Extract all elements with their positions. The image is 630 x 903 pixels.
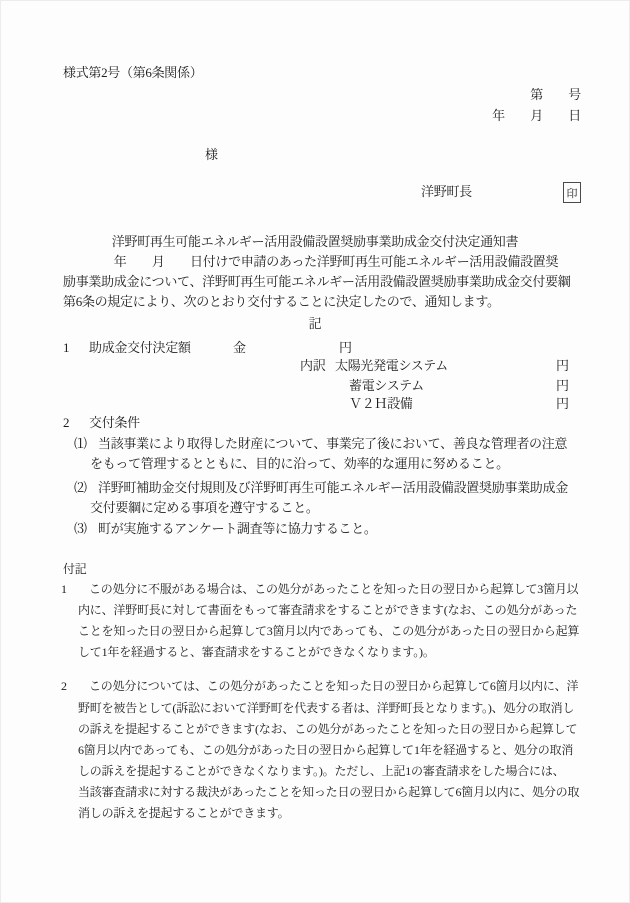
body-line: 年 月 日付けで申請のあった洋野町再生可能エネルギー活用設備設置奨: [63, 254, 558, 269]
condition-2-line: 洋野町補助金交付規則及び洋野町再生可能エネルギー活用設備設置奨励事業助成金: [98, 480, 568, 495]
appendix-1-line: 内に、洋野町長に対して書面をもって審査請求をすることができます(なお、この処分が…: [78, 603, 577, 618]
condition-3-marker: ⑶: [74, 521, 87, 536]
conditions-heading: 交付条件: [89, 415, 140, 430]
amount-unit: 円: [339, 340, 352, 355]
breakdown-label: 内訳: [300, 358, 325, 373]
seal-box: 印: [563, 182, 581, 203]
appendix-2-marker: 2: [61, 679, 67, 694]
amount-item-number: 1: [63, 340, 69, 355]
body-line: 第6条の規定により、次のとおり交付することに決定したので、通知します。: [63, 294, 500, 309]
breakdown-item-v2h: Ｖ２Ｈ設備: [349, 396, 413, 411]
breakdown-unit: 円: [556, 378, 569, 393]
seal-label: 印: [567, 185, 578, 201]
appendix-2-line: の訴えを提起することができます(なお、この処分があったことを知った日の翌日から起…: [78, 722, 577, 737]
appendix-2-line: 野町を被告として(訴訟において洋野町を代表する者は、洋野町長となります。)、処分…: [78, 701, 574, 716]
condition-2-line: 交付要綱に定める事項を遵守すること。: [90, 500, 319, 515]
condition-1-marker: ⑴: [74, 436, 87, 451]
issuer-title: 洋野町長: [421, 184, 472, 199]
appendix-1-line: して1年を経過すると、審査請求をすることができなくなります。)。: [78, 645, 435, 660]
breakdown-unit: 円: [556, 358, 569, 373]
condition-1-line: をもって管理するとともに、目的に沿って、効率的な運用に努めること。: [90, 456, 509, 471]
amount-currency-prefix: 金: [233, 340, 246, 355]
appendix-2-line: 消しの訴えを提起することができます。: [78, 806, 289, 821]
date-line: 年 月 日: [492, 108, 581, 123]
appendix-1-line: ことを知った日の翌日から起算して3箇月以内であっても、この処分があった日の翌日か…: [78, 624, 579, 639]
document-title: 洋野町再生可能エネルギー活用設備設置奨励事業助成金交付決定通知書: [1, 234, 629, 249]
doc-number: 第 号: [530, 87, 581, 102]
addressee-honorific: 様: [205, 147, 218, 162]
condition-2-marker: ⑵: [74, 480, 87, 495]
breakdown-item-solar: 太陽光発電システム: [335, 358, 448, 373]
condition-1-line: 当該事業により取得した財産について、事業完了後において、善良な管理者の注意: [98, 436, 567, 451]
appendix-1-line: この処分に不服がある場合は、この処分があったことを知った日の翌日から起算して3箇…: [89, 582, 578, 597]
ki-label: 記: [1, 316, 629, 331]
document-page: 様式第2号（第6条関係） 第 号 年 月 日 様 洋野町長 印 洋野町再生可能エ…: [0, 0, 630, 903]
amount-label: 助成金交付決定額: [89, 340, 191, 355]
form-number: 様式第2号（第6条関係）: [63, 65, 202, 80]
breakdown-unit: 円: [556, 396, 569, 411]
conditions-item-number: 2: [63, 415, 69, 430]
appendix-2-line: 当該審査請求に対する裁決があったことを知った日の翌日から起算して6箇月以内に、処…: [78, 785, 579, 800]
appendix-heading: 付記: [63, 562, 87, 577]
body-line: 励事業助成金について、洋野町再生可能エネルギー活用設備設置奨励事業助成金交付要綱: [63, 274, 570, 289]
appendix-2-line: この処分については、この処分があったことを知った日の翌日から起算して6箇月以内に…: [89, 679, 578, 694]
breakdown-item-battery: 蓄電システム: [349, 378, 424, 393]
condition-3-line: 町が実施するアンケート調査等に協力すること。: [98, 521, 377, 536]
appendix-2-line: しの訴えを提起することができなくなります。)。ただし、上記1の審査請求をした場合…: [78, 764, 564, 779]
appendix-2-line: 6箇月以内であっても、この処分があった日の翌日から起算して1年を経過すると、処分…: [78, 743, 573, 758]
appendix-1-marker: 1: [61, 582, 67, 597]
